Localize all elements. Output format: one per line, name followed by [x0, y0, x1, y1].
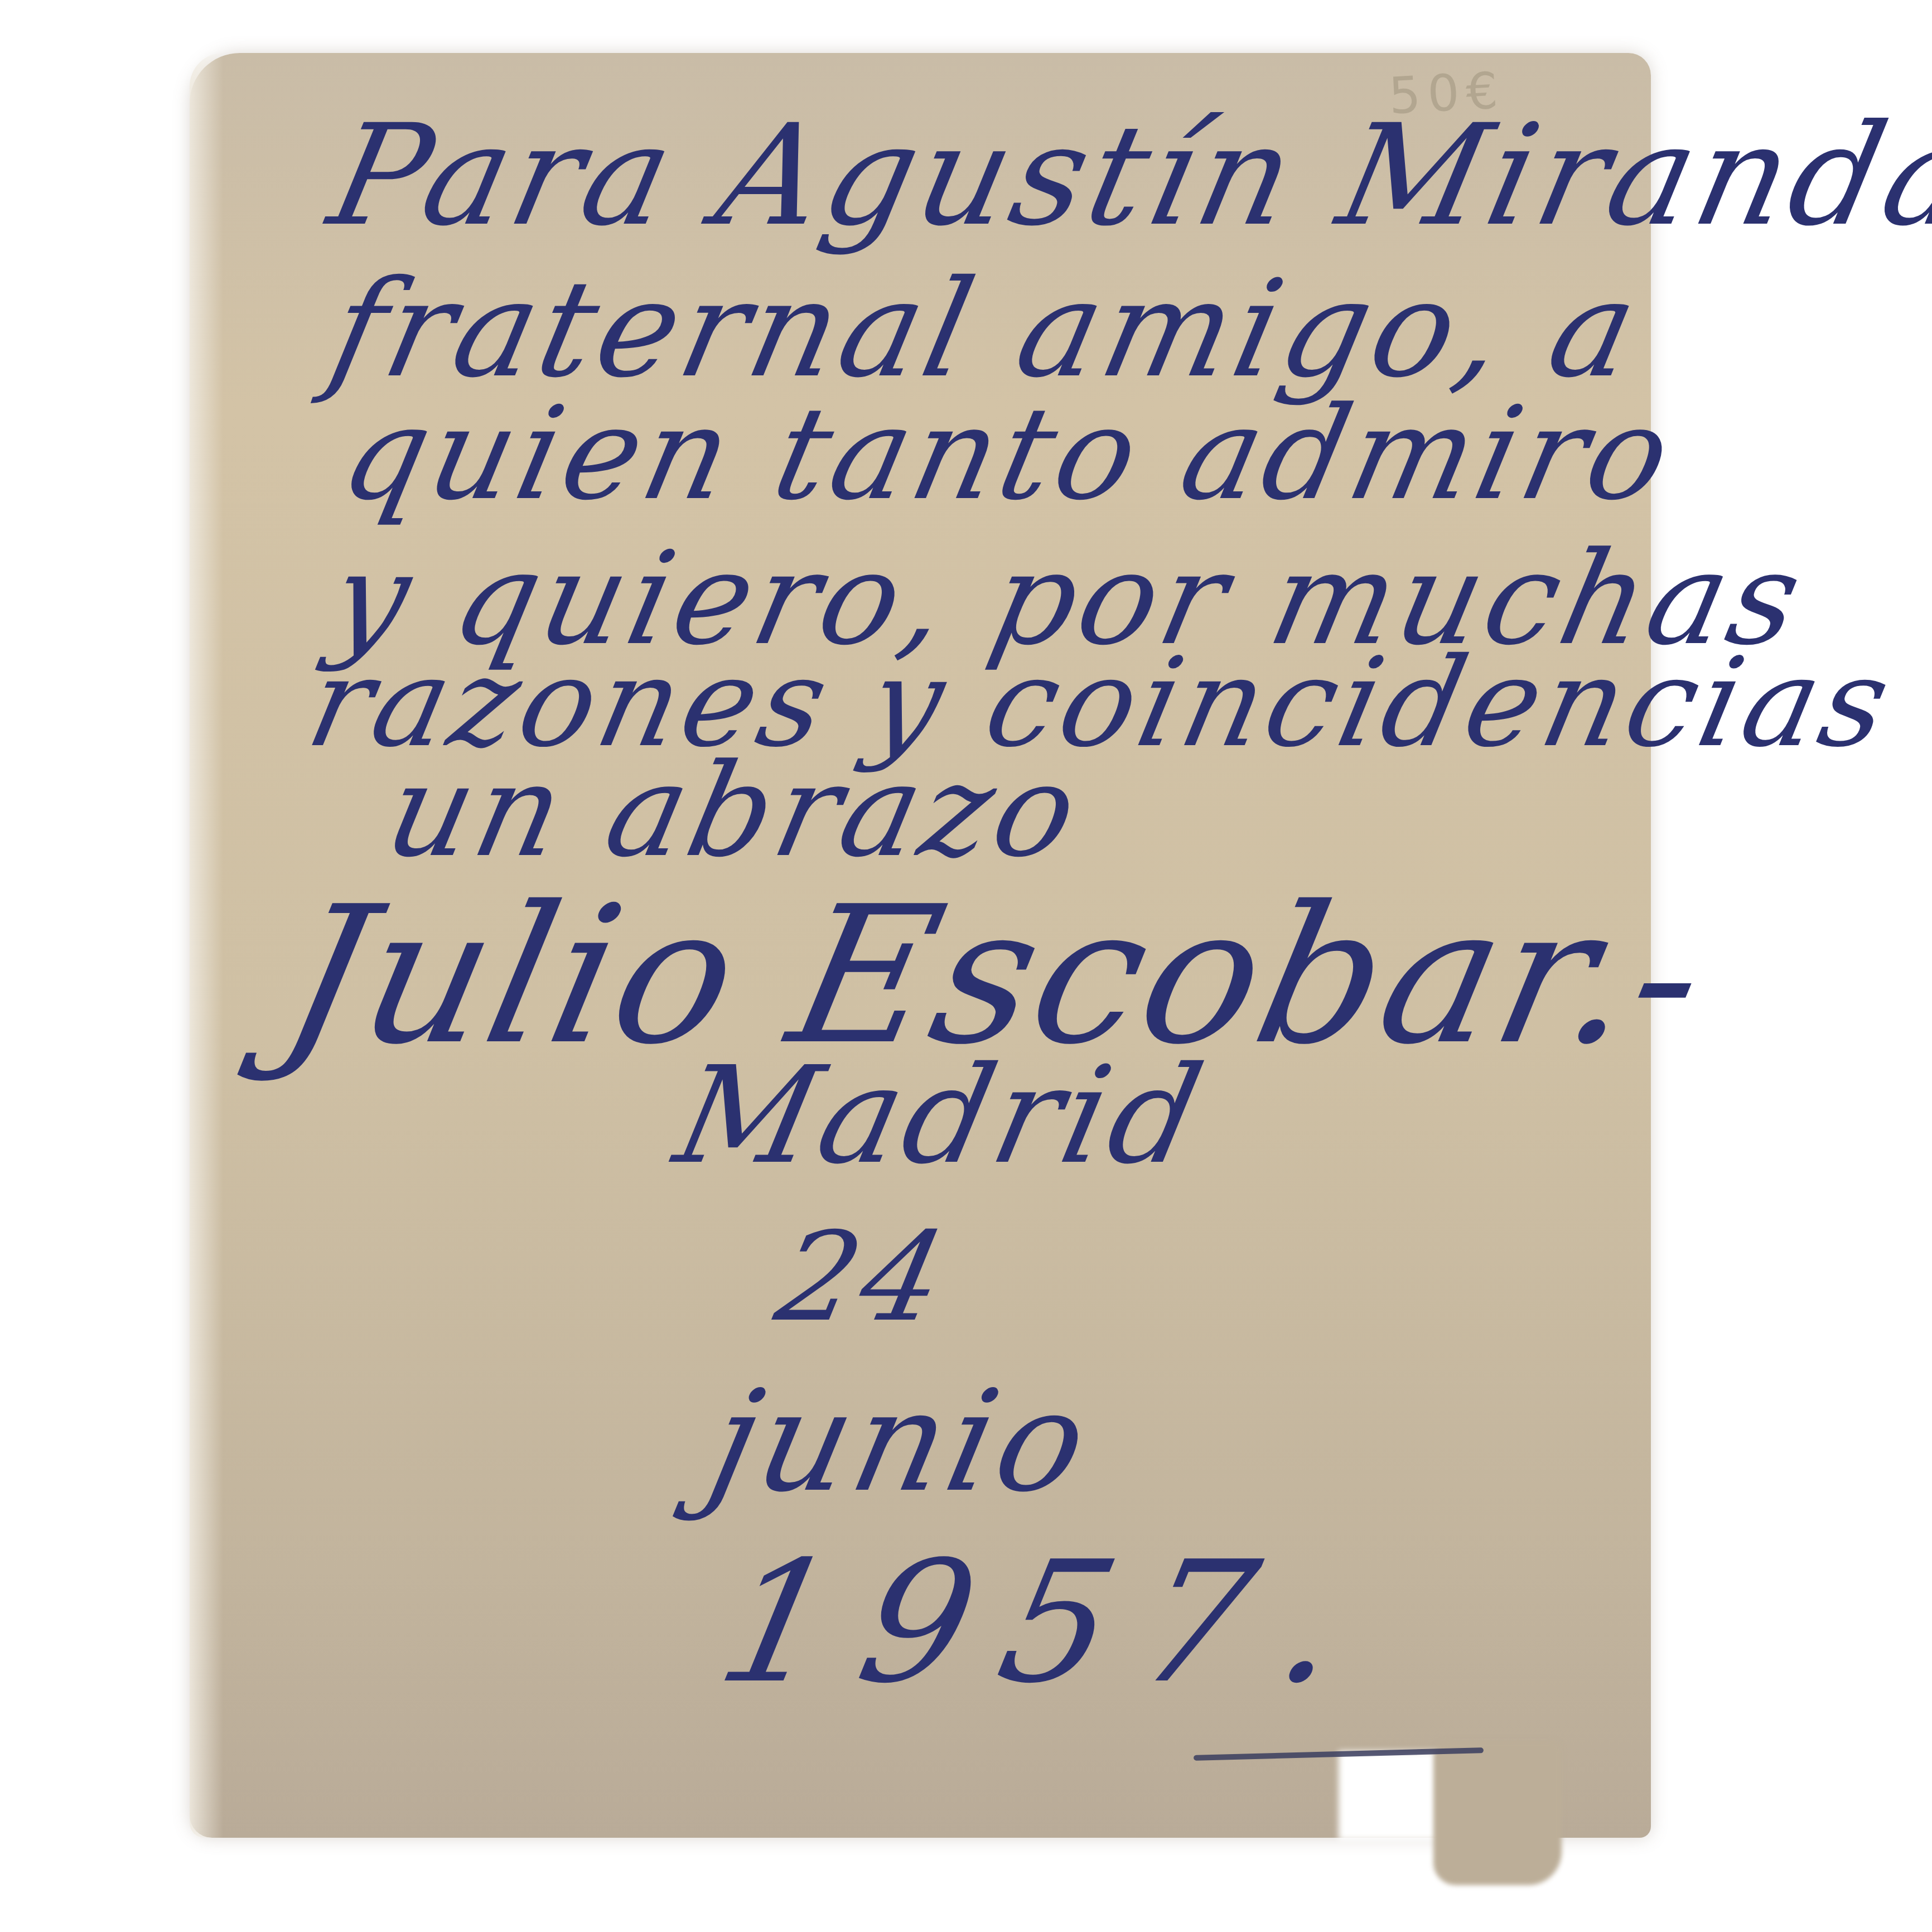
- inscription-closing: un abrazo: [377, 747, 1091, 876]
- date-year: 1957.: [707, 1539, 1389, 1707]
- inscription-line-3: quien tanto admiro: [332, 390, 1685, 519]
- place-madrid: Madrid: [666, 1049, 1216, 1182]
- date-month: junio: [699, 1372, 1102, 1511]
- inscription-line-1: Para Agustín Miranda,: [320, 106, 1932, 245]
- date-day: 24: [768, 1216, 959, 1339]
- inscription-line-2: fraternal amigo, a: [320, 262, 1651, 396]
- handwritten-inscription: Para Agustín Miranda, fraternal amigo, a…: [0, 0, 1932, 1932]
